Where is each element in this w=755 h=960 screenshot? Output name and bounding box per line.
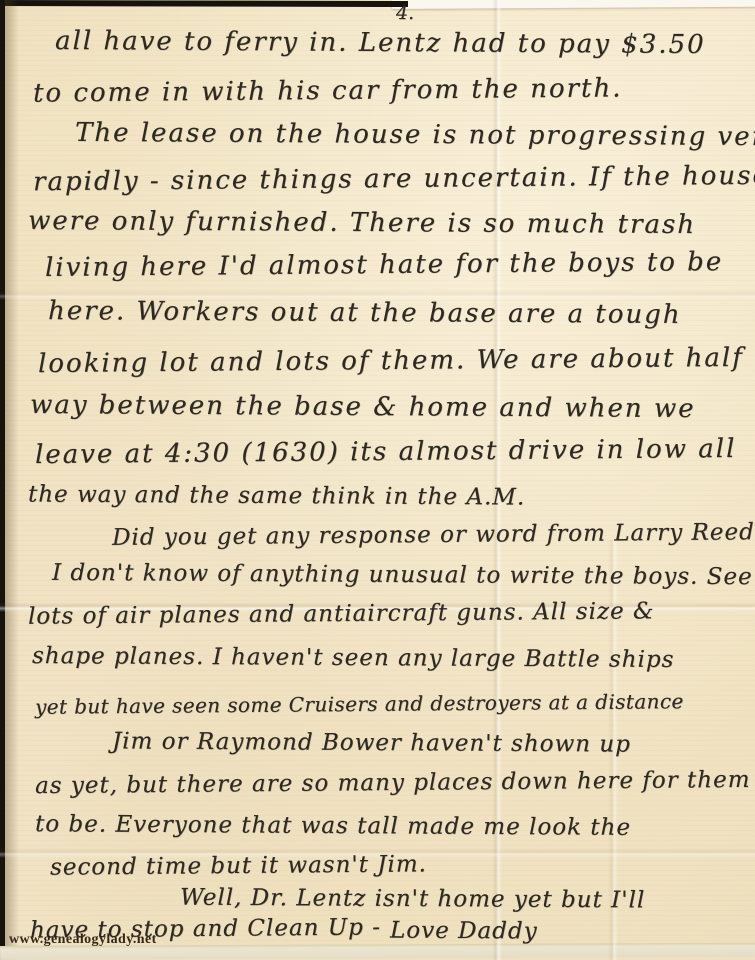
letter-line: shape planes. I haven't seen any large B… [32, 643, 675, 673]
paper-edge-shadow [5, 0, 19, 960]
site-watermark: www.genealogylady.net [9, 932, 157, 948]
letter-line: lots of air planes and antiaircraft guns… [28, 598, 655, 629]
letter-line: way between the base & home and when we [30, 390, 696, 424]
letter-line: looking lot and lots of them. We are abo… [38, 343, 744, 379]
letter-line: rapidly - since things are uncertain. If… [33, 161, 755, 197]
page-number: 4. [396, 2, 414, 24]
letter-line: Jim or Raymond Bower haven't shown up [112, 728, 631, 757]
scan-edge-top-dark [4, 0, 408, 7]
scanned-letter-page: 4. all have to ferry in. Lentz had to pa… [0, 0, 755, 960]
letter-line: yet but have seen some Cruisers and dest… [35, 689, 684, 719]
letter-line: as yet, but there are so many places dow… [35, 767, 751, 799]
letter-line: the way and the same think in the A.M. [28, 481, 525, 510]
letter-line: here. Workers out at the base are a toug… [48, 296, 682, 330]
scan-edge-top-white [392, 0, 755, 9]
letter-line: second time but it wasn't Jim. [50, 851, 427, 880]
letter-line: I don't know of anything unusual to writ… [52, 560, 753, 590]
letter-line: living here I'd almost hate for the boys… [45, 247, 723, 283]
letter-line: Did you get any response or word from La… [112, 519, 755, 551]
letter-line: The lease on the house is not progressin… [75, 118, 755, 152]
signature: Love Daddy [390, 918, 538, 945]
letter-line: to come in with his car from the north. [33, 73, 623, 108]
letter-line: leave at 4:30 (1630) its almost drive in… [35, 434, 737, 470]
letter-line: all have to ferry in. Lentz had to pay $… [55, 26, 706, 60]
letter-line: to be. Everyone that was tall made me lo… [35, 811, 631, 841]
letter-line: were only furnished. There is so much tr… [28, 206, 696, 240]
letter-line: Well, Dr. Lentz isn't home yet but I'll [180, 885, 645, 914]
